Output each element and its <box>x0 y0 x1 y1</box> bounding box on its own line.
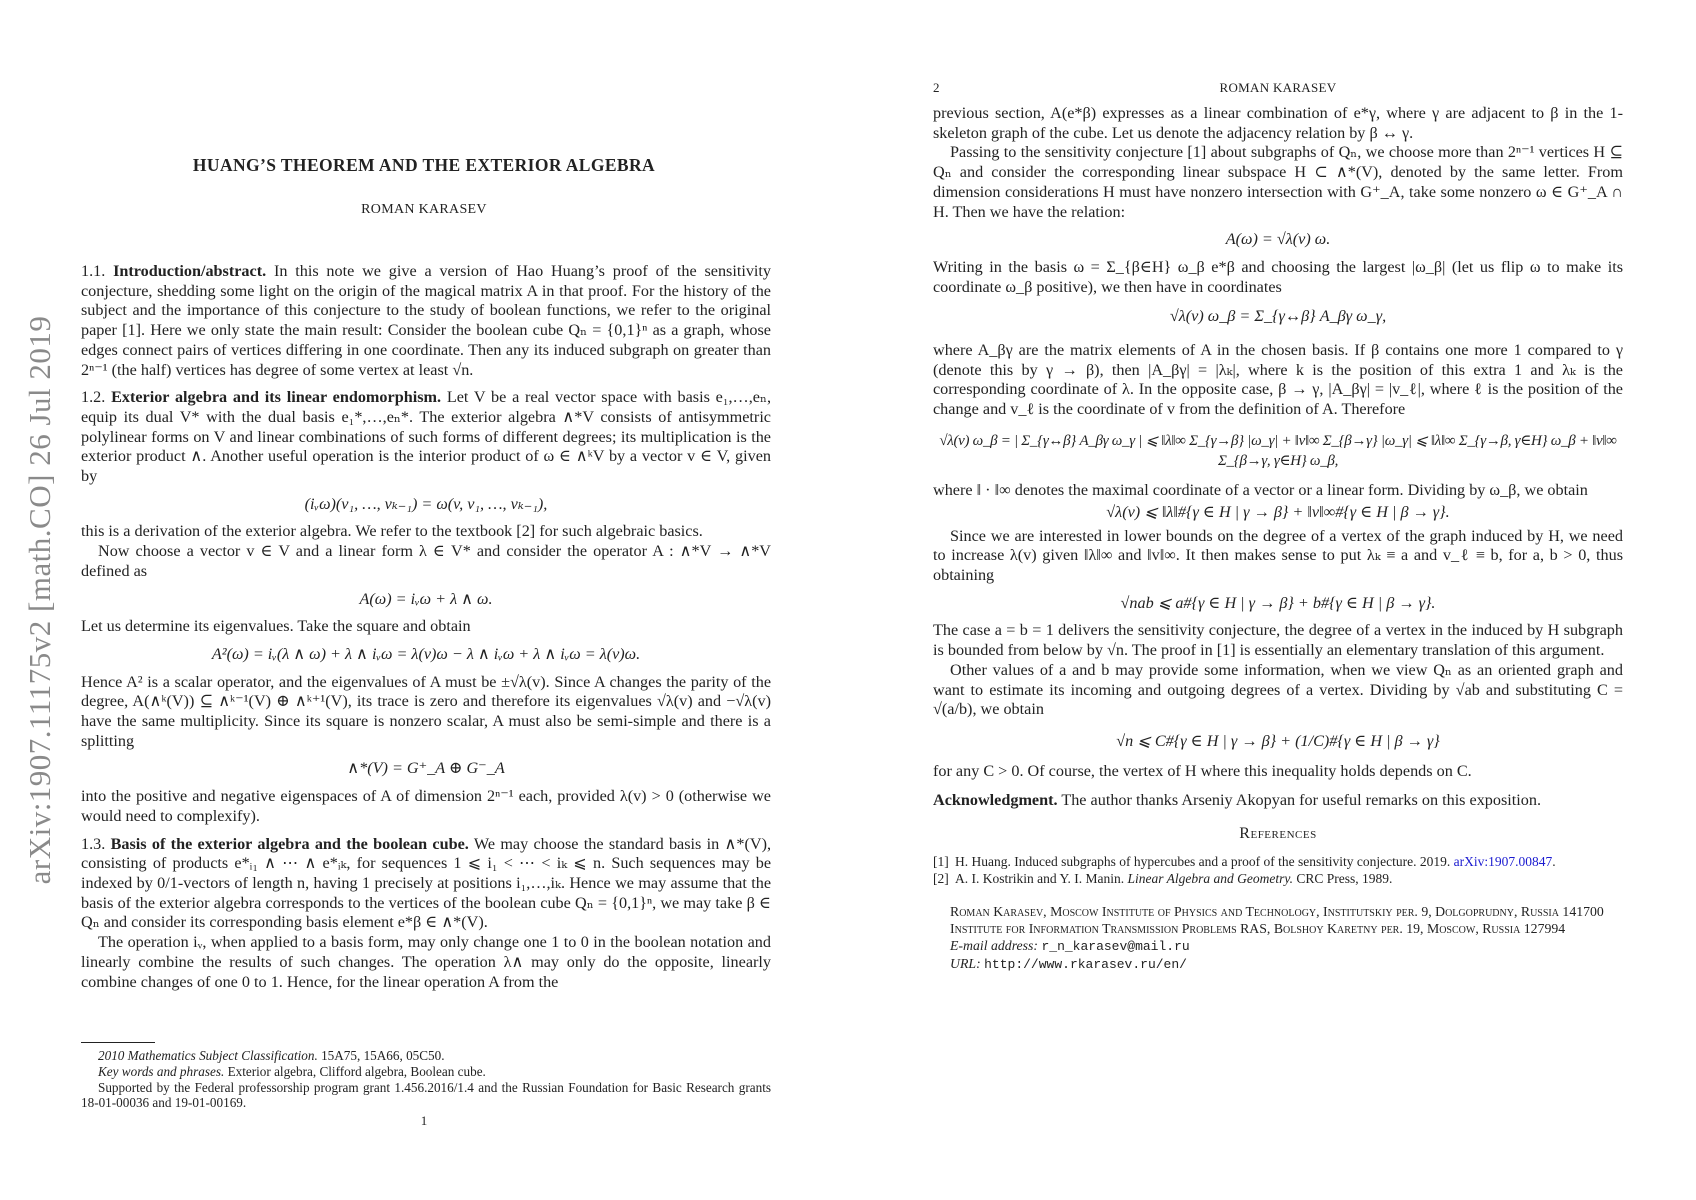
footnote-keywords: Key words and phrases. Exterior algebra,… <box>81 1064 771 1080</box>
paragraph-lower-bounds: Since we are interested in lower bounds … <box>933 527 1623 586</box>
paragraph-scalar-operator: Hence A² is a scalar operator, and the e… <box>81 673 771 752</box>
footnote-rule <box>81 1042 155 1043</box>
references-list: [1] H. Huang. Induced subgraphs of hyper… <box>933 853 1623 887</box>
address-mipt: Roman Karasev, Moscow Institute of Physi… <box>933 903 1623 920</box>
equation-interior-product: (iᵥω)(v₁, …, vₖ₋₁) = ω(v, v₁, …, vₖ₋₁), <box>81 495 771 515</box>
reference-item: [2] A. I. Kostrikin and Y. I. Manin. Lin… <box>933 870 1623 887</box>
page-2: 2 ROMAN KARASEV previous section, A(e*β)… <box>848 0 1696 1200</box>
paragraph-writing-basis: Writing in the basis ω = Σ_{β∈H} ω_β e*β… <box>933 258 1623 297</box>
arxiv-stamp: arXiv:1907.11175v2 [math.CO] 26 Jul 2019 <box>12 330 68 870</box>
paragraph-norm: where ‖ · ‖∞ denotes the maximal coordin… <box>933 481 1623 501</box>
author-addresses: Roman Karasev, Moscow Institute of Physi… <box>933 903 1623 973</box>
paragraph-previous-section: previous section, A(e*β) expresses as a … <box>933 104 1623 143</box>
paragraph-other-values: Other values of a and b may provide some… <box>933 661 1623 720</box>
email-line: E-mail address: r_n_karasev@mail.ru <box>933 937 1623 955</box>
section-1-2: 1.2. Exterior algebra and its linear end… <box>81 388 771 487</box>
paragraph-eigenvalues: Let us determine its eigenvalues. Take t… <box>81 617 771 637</box>
arxiv-stamp-text: arXiv:1907.11175v2 [math.CO] 26 Jul 2019 <box>22 316 58 885</box>
running-head-page-number: 2 <box>933 80 940 96</box>
acknowledgment: Acknowledgment. The author thanks Arseni… <box>933 791 1623 811</box>
footnote-support: Supported by the Federal professorship p… <box>81 1080 771 1112</box>
equation-inequality: √λ(v) ⩽ ‖λ‖#{γ ∈ H | γ → β} + ‖v‖∞#{γ ∈ … <box>933 503 1623 523</box>
equation-splitting: ∧*(V) = G⁺_A ⊕ G⁻_A <box>81 759 771 779</box>
acknowledgment-heading: Acknowledgment. <box>933 791 1058 809</box>
page1-body: 1.1. Introduction/abstract. In this note… <box>81 262 771 992</box>
url-line: URL: http://www.rkarasev.ru/en/ <box>933 955 1623 973</box>
running-head: 2 ROMAN KARASEV <box>933 80 1623 96</box>
equation-eigen-relation: A(ω) = √λ(v) ω. <box>933 230 1623 250</box>
page-number: 1 <box>0 1113 848 1129</box>
equation-final: √n ⩽ C#{γ ∈ H | γ → β} + (1/C)#{γ ∈ H | … <box>933 732 1623 752</box>
section-heading: Basis of the exterior algebra and the bo… <box>111 835 469 853</box>
paragraph-matrix-elements: where A_βγ are the matrix elements of A … <box>933 341 1623 420</box>
paper-author: ROMAN KARASEV <box>0 202 848 218</box>
paragraph-choose-operator: Now choose a vector v ∈ V and a linear f… <box>81 542 771 581</box>
paragraph-for-any-c: for any C > 0. Of course, the vertex of … <box>933 762 1623 782</box>
paragraph-derivation: this is a derivation of the exterior alg… <box>81 522 771 542</box>
page-1: arXiv:1907.11175v2 [math.CO] 26 Jul 2019… <box>0 0 848 1200</box>
email-address[interactable]: r_n_karasev@mail.ru <box>1041 939 1189 954</box>
section-1-1: 1.1. Introduction/abstract. In this note… <box>81 262 771 380</box>
equation-bound: √λ(v) ω_β = | Σ_{γ↔β} A_βγ ω_γ | ⩽ ‖λ‖∞ … <box>933 432 1623 471</box>
references-title: References <box>933 825 1623 843</box>
page2-body: previous section, A(e*β) expresses as a … <box>933 104 1623 973</box>
footnotes: 2010 Mathematics Subject Classification.… <box>81 1048 771 1111</box>
equation-coordinates: √λ(v) ω_β = Σ_{γ↔β} A_βγ ω_γ, <box>933 307 1623 327</box>
address-iitp: Institute for Information Transmission P… <box>933 920 1623 937</box>
paragraph-case: The case a = b = 1 delivers the sensitiv… <box>933 621 1623 660</box>
equation-operator-a: A(ω) = iᵥω + λ ∧ ω. <box>81 590 771 610</box>
paragraph-passing: Passing to the sensitivity conjecture [1… <box>933 143 1623 222</box>
paragraph-operation: The operation iᵥ, when applied to a basi… <box>81 933 771 992</box>
acknowledgment-text: The author thanks Arseniy Akopyan for us… <box>1061 791 1541 809</box>
section-1-3: 1.3. Basis of the exterior algebra and t… <box>81 835 771 934</box>
paragraph-eigenspaces: into the positive and negative eigenspac… <box>81 787 771 826</box>
equation-a-squared: A²(ω) = iᵥ(λ ∧ ω) + λ ∧ iᵥω = λ(v)ω − λ … <box>81 645 771 665</box>
footnote-msc: 2010 Mathematics Subject Classification.… <box>81 1048 771 1064</box>
paper-title: HUANG’S THEOREM AND THE EXTERIOR ALGEBRA <box>0 155 848 176</box>
running-head-title: ROMAN KARASEV <box>933 80 1623 96</box>
section-heading: Exterior algebra and its linear endomorp… <box>111 388 441 406</box>
equation-nab: √nab ⩽ a#{γ ∈ H | γ → β} + b#{γ ∈ H | β … <box>933 594 1623 614</box>
homepage-url[interactable]: http://www.rkarasev.ru/en/ <box>984 957 1187 972</box>
reference-item: [1] H. Huang. Induced subgraphs of hyper… <box>933 853 1623 870</box>
arxiv-link[interactable]: arXiv:1907.00847 <box>1454 854 1553 869</box>
section-heading: Introduction/abstract. <box>113 262 266 280</box>
